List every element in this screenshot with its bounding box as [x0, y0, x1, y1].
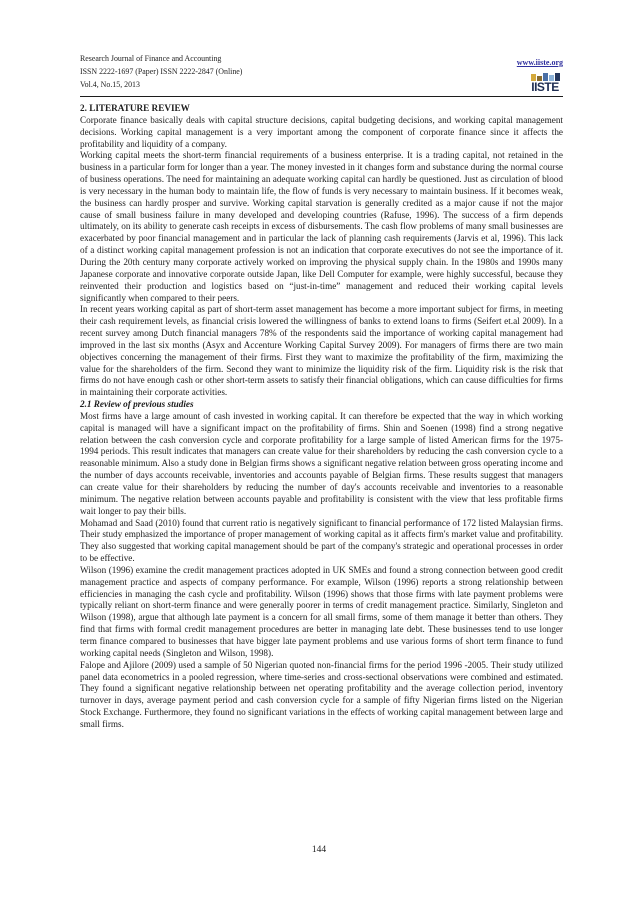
iiste-logo-text: IISTE	[527, 81, 563, 93]
page-content: Research Journal of Finance and Accounti…	[80, 52, 563, 731]
journal-info: Research Journal of Finance and Accounti…	[80, 52, 242, 91]
section-heading: 2. LITERATURE REVIEW	[80, 103, 563, 115]
document-body: 2. LITERATURE REVIEWCorporate finance ba…	[80, 103, 563, 731]
page-footer: 144	[0, 845, 638, 855]
body-paragraph: Falope and Ajilore (2009) used a sample …	[80, 660, 563, 731]
volume-line: Vol.4, No.15, 2013	[80, 78, 242, 91]
body-paragraph: In recent years working capital as part …	[80, 304, 563, 399]
publisher-block: www.iiste.org IISTE	[517, 52, 563, 93]
body-paragraph: Most firms have a large amount of cash i…	[80, 411, 563, 518]
body-paragraph: Mohamad and Saad (2010) found that curre…	[80, 518, 563, 565]
page-header: Research Journal of Finance and Accounti…	[80, 52, 563, 93]
issn-line: ISSN 2222-1697 (Paper) ISSN 2222-2847 (O…	[80, 65, 242, 78]
subsection-heading: 2.1 Review of previous studies	[80, 399, 563, 411]
header-divider	[80, 96, 563, 97]
body-paragraph: Working capital meets the short-term fin…	[80, 150, 563, 304]
page-number: 144	[312, 845, 326, 855]
iiste-logo: IISTE	[527, 73, 563, 93]
journal-page: Research Journal of Finance and Accounti…	[0, 0, 638, 903]
body-paragraph: Wilson (1996) examine the credit managem…	[80, 565, 563, 660]
iiste-website-link[interactable]: www.iiste.org	[517, 57, 563, 68]
journal-title: Research Journal of Finance and Accounti…	[80, 52, 242, 65]
body-paragraph: Corporate finance basically deals with c…	[80, 115, 563, 151]
